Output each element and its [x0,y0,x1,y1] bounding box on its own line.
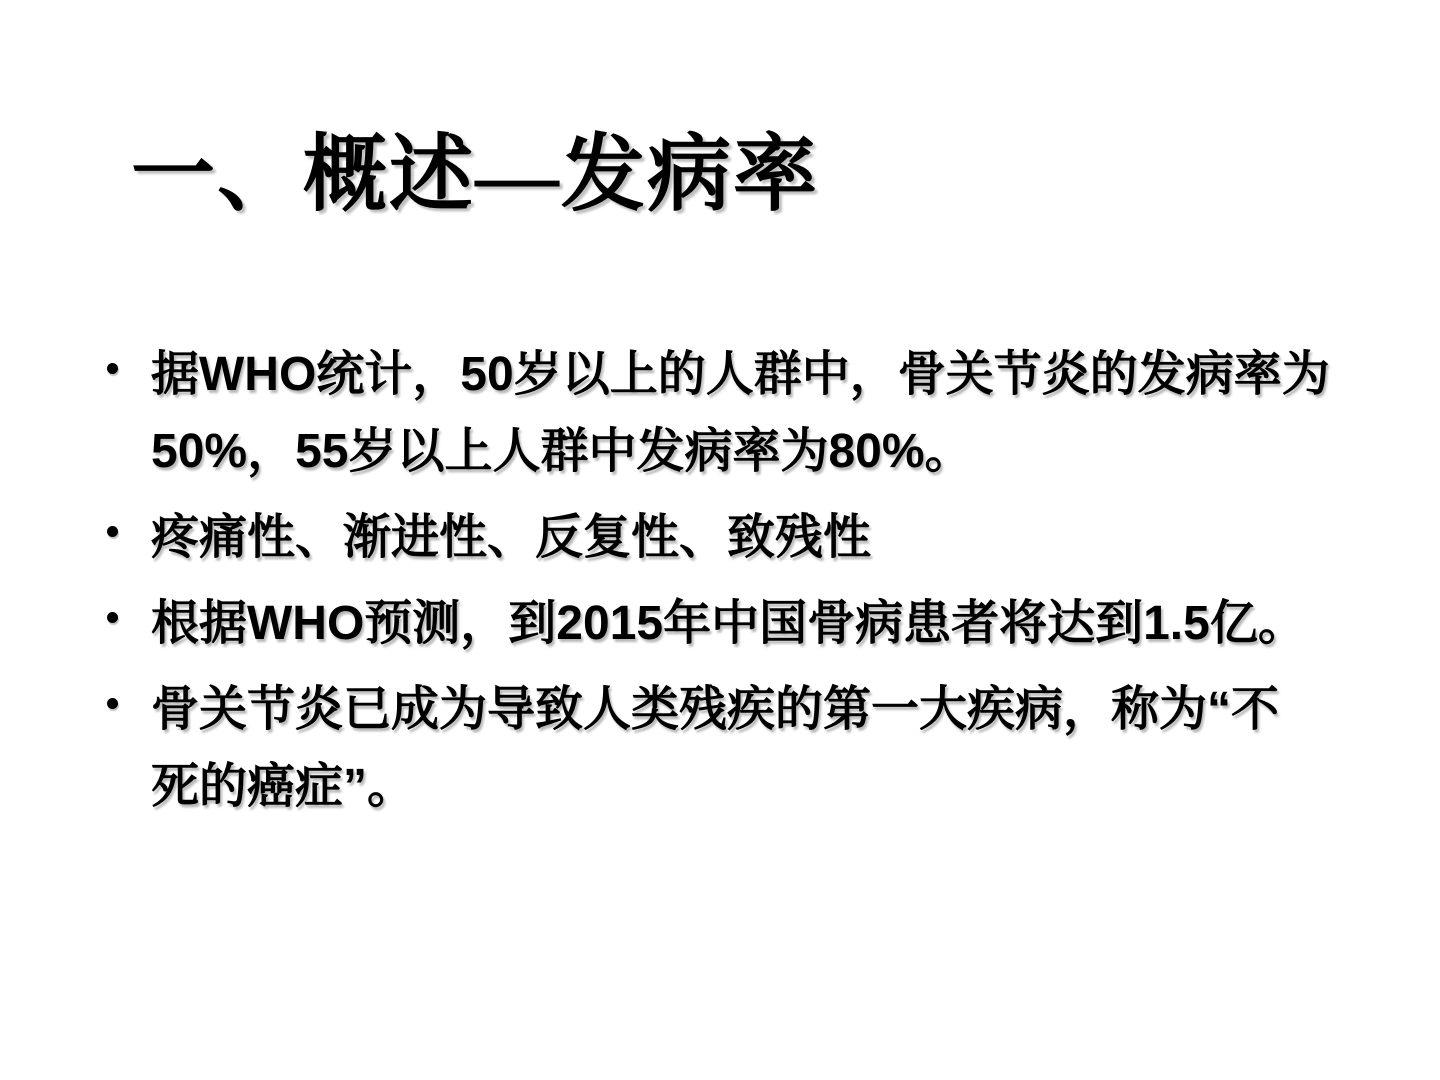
bullet-text-characteristics: 疼痛性、渐进性、反复性、致残性 [151,499,1364,576]
bullet-item: 根据WHO预测，到2015年中国骨病患者将达到1.5亿。 [104,585,1364,662]
bullet-list: 据WHO统计，50岁以上的人群中，骨关节炎的发病率为 50%，55岁以上人群中发… [104,336,1364,834]
bullet-dot-icon [107,698,118,709]
bullet-text-incidence: 据WHO统计，50岁以上的人群中，骨关节炎的发病率为 50%，55岁以上人群中发… [151,336,1364,490]
bullet-dot-icon [107,363,118,374]
bullet-dot-icon [107,526,118,537]
bullet-dot-icon [107,612,118,623]
bullet-item: 骨关节炎已成为导致人类残疾的第一大疾病，称为“不 死的癌症”。 [104,671,1364,825]
slide: 一、概述—发病率 据WHO统计，50岁以上的人群中，骨关节炎的发病率为 50%，… [0,0,1440,1080]
bullet-text-disability: 骨关节炎已成为导致人类残疾的第一大疾病，称为“不 死的癌症”。 [151,671,1364,825]
bullet-text-prediction: 根据WHO预测，到2015年中国骨病患者将达到1.5亿。 [151,585,1364,662]
slide-title: 一、概述—发病率 [131,126,819,227]
bullet-item: 疼痛性、渐进性、反复性、致残性 [104,499,1364,576]
bullet-item: 据WHO统计，50岁以上的人群中，骨关节炎的发病率为 50%，55岁以上人群中发… [104,336,1364,490]
